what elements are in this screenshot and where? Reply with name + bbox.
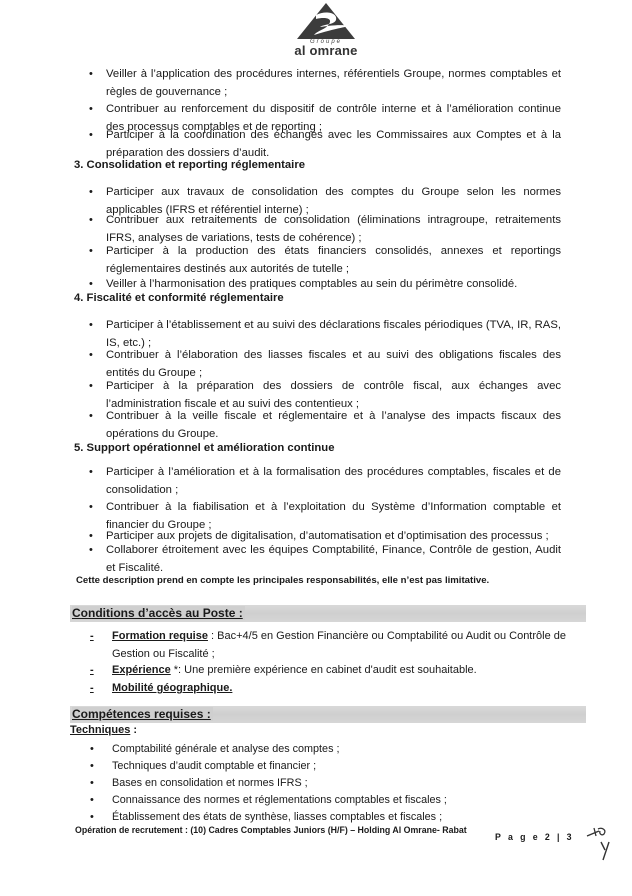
section-heading: 5. Support opérationnel et amélioration … bbox=[74, 442, 334, 454]
dash-icon: - bbox=[90, 661, 94, 679]
list-item: •Techniques d’audit comptable et financi… bbox=[112, 757, 316, 775]
bullet-icon: • bbox=[89, 346, 93, 364]
bullet-icon: • bbox=[89, 211, 93, 229]
dash-icon: - bbox=[90, 679, 94, 697]
page-number: P a g e 2 | 3 bbox=[495, 832, 574, 842]
footer-text: Opération de recrutement : (10) Cadres C… bbox=[75, 825, 467, 835]
list-item: •Participer à la coordination des échang… bbox=[106, 126, 561, 162]
competences-heading: Compétences requises : bbox=[72, 707, 213, 721]
techniques-subheading: Techniques : bbox=[70, 724, 137, 736]
bullet-icon: • bbox=[90, 791, 94, 809]
list-item: •Veiller à l’harmonisation des pratiques… bbox=[106, 275, 561, 293]
condition-item: -Mobilité géographique. bbox=[112, 679, 567, 697]
triangle-logo-icon bbox=[296, 2, 356, 40]
list-item: •Collaborer étroitement avec les équipes… bbox=[106, 541, 561, 577]
signature-initials-icon bbox=[585, 826, 619, 867]
bullet-icon: • bbox=[89, 275, 93, 293]
bullet-icon: • bbox=[89, 541, 93, 559]
condition-item: -Expérience *: Une première expérience e… bbox=[112, 661, 567, 679]
list-item: •Connaissance des normes et réglementati… bbox=[112, 791, 447, 809]
list-item: •Contribuer à la veille fiscale et régle… bbox=[106, 407, 561, 443]
dash-icon: - bbox=[90, 627, 94, 645]
condition-item: -Formation requise : Bac+4/5 en Gestion … bbox=[112, 627, 567, 663]
bullet-icon: • bbox=[89, 126, 93, 144]
section-heading: 3. Consolidation et reporting réglementa… bbox=[74, 159, 305, 171]
bullet-icon: • bbox=[90, 740, 94, 758]
company-logo: Groupe al omrane bbox=[290, 2, 362, 64]
bullet-icon: • bbox=[90, 808, 94, 826]
bullet-icon: • bbox=[89, 183, 93, 201]
list-item: •Participer à la production des états fi… bbox=[106, 242, 561, 278]
conditions-heading: Conditions d’accès au Poste : bbox=[72, 606, 245, 620]
bullet-icon: • bbox=[90, 757, 94, 775]
bullet-icon: • bbox=[89, 498, 93, 516]
list-item: •Bases en consolidation et normes IFRS ; bbox=[112, 774, 308, 792]
disclaimer-note: Cette description prend en compte les pr… bbox=[76, 575, 489, 586]
bullet-icon: • bbox=[89, 463, 93, 481]
section-heading: 4. Fiscalité et conformité réglementaire bbox=[74, 292, 284, 304]
list-item: •Veiller à l’application des procédures … bbox=[106, 65, 561, 101]
list-item: •Établissement des états de synthèse, li… bbox=[112, 808, 442, 826]
logo-name-text: al omrane bbox=[290, 45, 362, 57]
bullet-icon: • bbox=[89, 377, 93, 395]
bullet-icon: • bbox=[89, 65, 93, 83]
bullet-icon: • bbox=[89, 407, 93, 425]
list-item: •Participer à l’amélioration et à la for… bbox=[106, 463, 561, 499]
bullet-icon: • bbox=[89, 100, 93, 118]
bullet-icon: • bbox=[89, 316, 93, 334]
list-item: •Comptabilité générale et analyse des co… bbox=[112, 740, 339, 758]
bullet-icon: • bbox=[90, 774, 94, 792]
bullet-icon: • bbox=[89, 242, 93, 260]
